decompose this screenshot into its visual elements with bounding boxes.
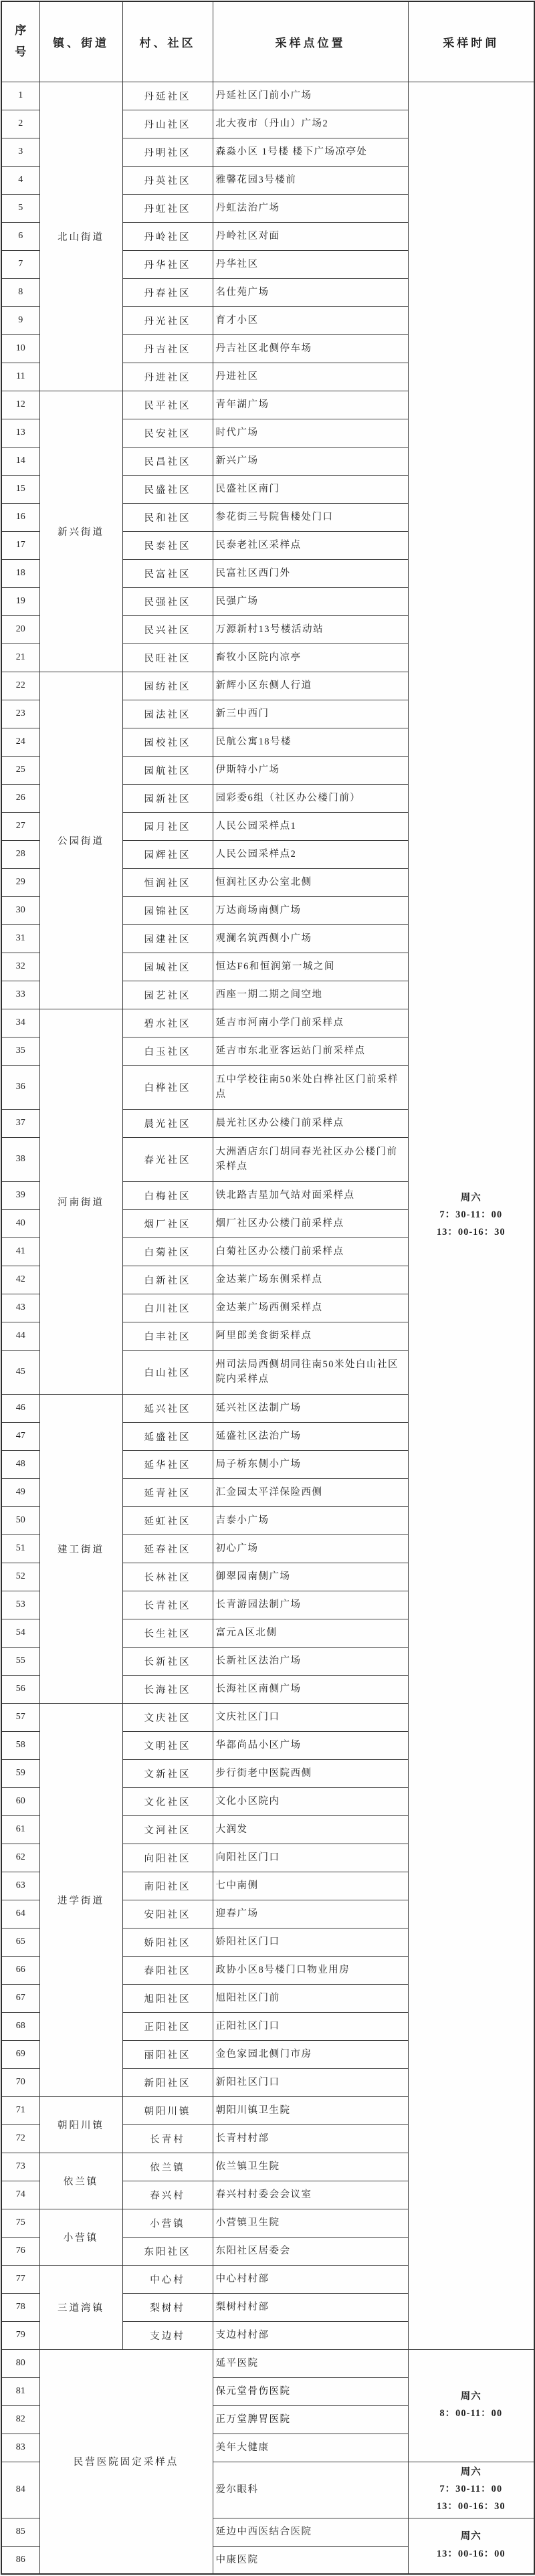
village-community-cell: 丹英社区 [122, 166, 213, 194]
row-number-cell: 77 [1, 2265, 39, 2293]
village-community-cell: 文新社区 [122, 1759, 213, 1787]
sampling-location-cell: 正万堂脾胃医院 [213, 2405, 408, 2434]
village-community-cell: 长林社区 [122, 1563, 213, 1591]
village-community-cell: 延华社区 [122, 1450, 213, 1478]
header-cell-sampling-location: 采样点位置 [213, 1, 408, 82]
town-street-cell: 公园街道 [39, 672, 122, 1009]
sampling-location-cell: 丹进社区 [213, 363, 408, 391]
village-community-cell: 春光社区 [122, 1137, 213, 1181]
village-community-cell: 园建社区 [122, 924, 213, 953]
table-row: 1北山街道丹延社区丹延社区门前小广场周六7：30-11：0013：00-16：3… [1, 82, 534, 110]
row-number-cell: 81 [1, 2377, 39, 2405]
town-street-cell: 北山街道 [39, 82, 122, 391]
row-number-cell: 33 [1, 981, 39, 1009]
row-number-cell: 61 [1, 1815, 39, 1844]
sampling-location-cell: 长青游园法制广场 [213, 1591, 408, 1619]
village-community-cell: 园纺社区 [122, 672, 213, 700]
village-community-cell: 园艺社区 [122, 981, 213, 1009]
sampling-time-cell: 周六13：00-16：00 [408, 2518, 534, 2574]
town-street-cell: 新兴街道 [39, 391, 122, 672]
row-number-cell: 64 [1, 1900, 39, 1928]
row-number-cell: 83 [1, 2434, 39, 2462]
sampling-location-cell: 中心村村部 [213, 2265, 408, 2293]
village-community-cell: 旭阳社区 [122, 1984, 213, 2012]
village-community-cell: 恒润社区 [122, 868, 213, 896]
row-number-cell: 65 [1, 1928, 39, 1956]
row-number-cell: 10 [1, 334, 39, 363]
row-number-cell: 56 [1, 1675, 39, 1703]
sampling-location-cell: 新辉小区东侧人行道 [213, 672, 408, 700]
row-number-cell: 28 [1, 840, 39, 868]
village-community-cell: 民昌社区 [122, 447, 213, 475]
header-row: 序号 镇、街道 村、社区 采样点位置 采样时间 [1, 1, 534, 82]
sampling-location-cell: 金色家园北侧门市房 [213, 2040, 408, 2068]
sampling-location-cell: 万源新村13号楼活动站 [213, 615, 408, 643]
row-number-cell: 62 [1, 1844, 39, 1872]
sampling-location-cell: 局子桥东侧小广场 [213, 1450, 408, 1478]
row-number-cell: 74 [1, 2181, 39, 2209]
sampling-location-cell: 长青村村部 [213, 2124, 408, 2153]
sampling-location-cell: 雅馨花园3号楼前 [213, 166, 408, 194]
row-number-cell: 60 [1, 1787, 39, 1815]
row-number-cell: 54 [1, 1619, 39, 1647]
village-community-cell: 向阳社区 [122, 1844, 213, 1872]
header-cell-village-community: 村、社区 [122, 1, 213, 82]
sampling-location-cell: 御翠园南侧广场 [213, 1563, 408, 1591]
sampling-location-cell: 白菊社区办公楼门前采样点 [213, 1237, 408, 1266]
sampling-location-cell: 恒达F6和恒润第一城之间 [213, 953, 408, 981]
sampling-location-cell: 中康医院 [213, 2546, 408, 2574]
sampling-location-cell: 保元堂骨伤医院 [213, 2377, 408, 2405]
sampling-location-cell: 观澜名筑西侧小广场 [213, 924, 408, 953]
village-community-cell: 丽阳社区 [122, 2040, 213, 2068]
village-community-cell: 南阳社区 [122, 1872, 213, 1900]
sampling-location-cell: 支边村村部 [213, 2321, 408, 2349]
sampling-location-cell: 迎春广场 [213, 1900, 408, 1928]
village-community-cell: 梨树村 [122, 2293, 213, 2321]
row-number-cell: 14 [1, 447, 39, 475]
row-number-cell: 38 [1, 1137, 39, 1181]
village-community-cell: 丹华社区 [122, 250, 213, 278]
sampling-location-cell: 民富社区西门外 [213, 559, 408, 587]
sampling-time-line: 周六 [411, 2464, 532, 2481]
sampling-location-cell: 畜牧小区院内凉亭 [213, 643, 408, 672]
row-number-cell: 55 [1, 1647, 39, 1675]
sampling-location-cell: 人民公园采样点1 [213, 812, 408, 840]
village-community-cell: 文明社区 [122, 1731, 213, 1759]
town-street-cell: 建工街道 [39, 1394, 122, 1703]
row-number-cell: 35 [1, 1037, 39, 1065]
sampling-location-cell: 青年湖广场 [213, 391, 408, 419]
sampling-location-cell: 烟厂社区办公楼门前采样点 [213, 1209, 408, 1237]
village-community-cell: 延青社区 [122, 1478, 213, 1506]
sampling-time-line: 13：00-16：00 [411, 2546, 532, 2563]
sampling-time-cell: 周六8：00-11：00 [408, 2349, 534, 2462]
sampling-location-cell: 晨光社区办公楼门前采样点 [213, 1109, 408, 1137]
town-street-cell: 小营镇 [39, 2209, 122, 2265]
village-community-cell: 白山社区 [122, 1350, 213, 1394]
sampling-location-cell: 民强广场 [213, 587, 408, 615]
sampling-location-cell: 丹华社区 [213, 250, 408, 278]
sampling-location-cell: 参花街三号院售楼处门口 [213, 503, 408, 531]
row-number-cell: 4 [1, 166, 39, 194]
village-community-cell: 民安社区 [122, 419, 213, 447]
sampling-location-cell: 大洲酒店东门胡同春光社区办公楼门前采样点 [213, 1137, 408, 1181]
village-community-cell: 丹吉社区 [122, 334, 213, 363]
sampling-location-cell: 丹虹法治广场 [213, 194, 408, 222]
row-number-cell: 79 [1, 2321, 39, 2349]
row-number-cell: 21 [1, 643, 39, 672]
sampling-location-cell: 延吉市河南小学门前采样点 [213, 1009, 408, 1037]
village-community-cell: 晨光社区 [122, 1109, 213, 1137]
row-number-cell: 19 [1, 587, 39, 615]
village-community-cell: 白菊社区 [122, 1237, 213, 1266]
sampling-location-cell: 育才小区 [213, 306, 408, 334]
sampling-location-cell: 伊斯特小广场 [213, 756, 408, 784]
sampling-time-line: 7：30-11：00 [411, 1207, 532, 1223]
sampling-location-cell: 延边中西医结合医院 [213, 2518, 408, 2546]
sampling-location-cell: 铁北路吉星加气站对面采样点 [213, 1181, 408, 1209]
sampling-location-cell: 万达商场南侧广场 [213, 896, 408, 924]
sampling-location-cell: 丹岭社区对面 [213, 222, 408, 250]
row-number-cell: 1 [1, 82, 39, 110]
village-community-cell: 园法社区 [122, 700, 213, 728]
sampling-location-cell: 华都尚品小区广场 [213, 1731, 408, 1759]
village-community-cell: 丹山社区 [122, 110, 213, 138]
village-community-cell: 丹延社区 [122, 82, 213, 110]
village-community-cell: 民富社区 [122, 559, 213, 587]
row-number-cell: 12 [1, 391, 39, 419]
village-community-cell: 春兴村 [122, 2181, 213, 2209]
village-community-cell: 延兴社区 [122, 1394, 213, 1422]
row-number-cell: 13 [1, 419, 39, 447]
row-number-cell: 57 [1, 1703, 39, 1731]
sampling-location-cell: 向阳社区门口 [213, 1844, 408, 1872]
sampling-time-line: 13：00-16：30 [411, 2498, 532, 2515]
village-community-cell: 长海社区 [122, 1675, 213, 1703]
village-community-cell: 延盛社区 [122, 1422, 213, 1450]
row-number-cell: 52 [1, 1563, 39, 1591]
sampling-location-cell: 依兰镇卫生院 [213, 2153, 408, 2181]
row-number-cell: 70 [1, 2068, 39, 2096]
village-community-cell: 民兴社区 [122, 615, 213, 643]
row-number-cell: 48 [1, 1450, 39, 1478]
town-street-cell: 三道湾镇 [39, 2265, 122, 2349]
village-community-cell: 园航社区 [122, 756, 213, 784]
row-number-cell: 9 [1, 306, 39, 334]
row-number-cell: 46 [1, 1394, 39, 1422]
village-community-cell: 碧水社区 [122, 1009, 213, 1037]
village-community-cell: 朝阳川镇 [122, 2096, 213, 2124]
village-community-cell: 丹春社区 [122, 278, 213, 306]
header-cell-sampling-time: 采样时间 [408, 1, 534, 82]
sampling-time-line: 7：30-11：00 [411, 2481, 532, 2498]
sampling-location-cell: 长新社区法治广场 [213, 1647, 408, 1675]
village-community-cell: 园月社区 [122, 812, 213, 840]
sampling-location-cell: 汇金园太平洋保险西侧 [213, 1478, 408, 1506]
sampling-location-cell: 文庆社区门口 [213, 1703, 408, 1731]
row-number-cell: 85 [1, 2518, 39, 2546]
village-community-cell: 新阳社区 [122, 2068, 213, 2096]
sampling-location-cell: 政协小区8号楼门口物业用房 [213, 1956, 408, 1984]
village-community-cell: 安阳社区 [122, 1900, 213, 1928]
village-community-cell: 白桦社区 [122, 1065, 213, 1109]
village-community-cell: 园辉社区 [122, 840, 213, 868]
group-label-cell: 民营医院固定采样点 [39, 2349, 213, 2574]
row-number-cell: 8 [1, 278, 39, 306]
sampling-time-cell: 周六7：30-11：0013：00-16：30 [408, 2462, 534, 2518]
sampling-location-cell: 丹延社区门前小广场 [213, 82, 408, 110]
row-number-cell: 66 [1, 1956, 39, 1984]
row-number-cell: 39 [1, 1181, 39, 1209]
row-number-cell: 69 [1, 2040, 39, 2068]
village-community-cell: 白新社区 [122, 1266, 213, 1294]
row-number-cell: 7 [1, 250, 39, 278]
sampling-location-cell: 爱尔眼科 [213, 2462, 408, 2518]
sampling-location-cell: 朝阳川镇卫生院 [213, 2096, 408, 2124]
sampling-location-cell: 美年大健康 [213, 2434, 408, 2462]
row-number-cell: 29 [1, 868, 39, 896]
sampling-location-cell: 文化小区院内 [213, 1787, 408, 1815]
row-number-cell: 82 [1, 2405, 39, 2434]
village-community-cell: 民泰社区 [122, 531, 213, 559]
sampling-points-table: 序号 镇、街道 村、社区 采样点位置 采样时间 1北山街道丹延社区丹延社区门前小… [1, 1, 535, 2575]
sampling-location-cell: 州司法局西侧胡同往南50米处白山社区院内采样点 [213, 1350, 408, 1394]
sampling-location-cell: 园彩委6组（社区办公楼门前） [213, 784, 408, 812]
sampling-time-cell: 周六7：30-11：0013：00-16：30 [408, 82, 534, 2349]
village-community-cell: 春阳社区 [122, 1956, 213, 1984]
row-number-cell: 75 [1, 2209, 39, 2237]
row-number-cell: 41 [1, 1237, 39, 1266]
sampling-location-cell: 北大夜市（丹山）广场2 [213, 110, 408, 138]
row-number-cell: 25 [1, 756, 39, 784]
sampling-location-cell: 丹吉社区北侧停车场 [213, 334, 408, 363]
sampling-location-cell: 西座一期二期之间空地 [213, 981, 408, 1009]
row-number-cell: 18 [1, 559, 39, 587]
row-number-cell: 86 [1, 2546, 39, 2574]
sampling-location-cell: 新阳社区门口 [213, 2068, 408, 2096]
row-number-cell: 59 [1, 1759, 39, 1787]
row-number-cell: 16 [1, 503, 39, 531]
sampling-location-cell: 吉泰小广场 [213, 1506, 408, 1534]
sampling-location-cell: 民盛社区南门 [213, 475, 408, 503]
sampling-time-line: 13：00-16：30 [411, 1224, 532, 1241]
row-number-cell: 2 [1, 110, 39, 138]
sampling-location-cell: 阿里郎美食街采样点 [213, 1322, 408, 1350]
village-community-cell: 园新社区 [122, 784, 213, 812]
sampling-time-line: 8：00-11：00 [411, 2405, 532, 2422]
row-number-cell: 76 [1, 2237, 39, 2265]
sampling-location-cell: 金达莱广场东侧采样点 [213, 1266, 408, 1294]
town-street-cell: 依兰镇 [39, 2153, 122, 2209]
row-number-cell: 72 [1, 2124, 39, 2153]
row-number-cell: 37 [1, 1109, 39, 1137]
row-number-cell: 3 [1, 138, 39, 166]
row-number-cell: 27 [1, 812, 39, 840]
sampling-location-cell: 春兴村村委会会议室 [213, 2181, 408, 2209]
village-community-cell: 丹光社区 [122, 306, 213, 334]
village-community-cell: 丹虹社区 [122, 194, 213, 222]
row-number-cell: 68 [1, 2012, 39, 2040]
row-number-cell: 78 [1, 2293, 39, 2321]
village-community-cell: 长青村 [122, 2124, 213, 2153]
row-number-cell: 34 [1, 1009, 39, 1037]
row-number-cell: 71 [1, 2096, 39, 2124]
sampling-location-cell: 人民公园采样点2 [213, 840, 408, 868]
row-number-cell: 11 [1, 363, 39, 391]
sampling-time-line: 周六 [411, 2389, 532, 2405]
row-number-cell: 73 [1, 2153, 39, 2181]
sampling-table-body: 1北山街道丹延社区丹延社区门前小广场周六7：30-11：0013：00-16：3… [1, 82, 534, 2574]
row-number-cell: 67 [1, 1984, 39, 2012]
sampling-location-cell: 新兴广场 [213, 447, 408, 475]
table-header: 序号 镇、街道 村、社区 采样点位置 采样时间 [1, 1, 534, 82]
village-community-cell: 支边村 [122, 2321, 213, 2349]
village-community-cell: 白川社区 [122, 1294, 213, 1322]
village-community-cell: 延春社区 [122, 1534, 213, 1563]
village-community-cell: 东阳社区 [122, 2237, 213, 2265]
row-number-cell: 6 [1, 222, 39, 250]
row-number-cell: 20 [1, 615, 39, 643]
sampling-location-cell: 富元A区北侧 [213, 1619, 408, 1647]
village-community-cell: 园锦社区 [122, 896, 213, 924]
row-number-cell: 84 [1, 2462, 39, 2518]
village-community-cell: 白玉社区 [122, 1037, 213, 1065]
table-row: 80民营医院固定采样点延平医院周六8：00-11：00 [1, 2349, 534, 2377]
sampling-location-cell: 步行街老中医院西侧 [213, 1759, 408, 1787]
sampling-location-cell: 梨树村村部 [213, 2293, 408, 2321]
village-community-cell: 长新社区 [122, 1647, 213, 1675]
sampling-location-cell: 金达莱广场西侧采样点 [213, 1294, 408, 1322]
row-number-cell: 50 [1, 1506, 39, 1534]
sampling-location-cell: 小营镇卫生院 [213, 2209, 408, 2237]
sampling-time-line: 周六 [411, 1190, 532, 1207]
village-community-cell: 丹明社区 [122, 138, 213, 166]
village-community-cell: 文庆社区 [122, 1703, 213, 1731]
town-street-cell: 进学街道 [39, 1703, 122, 2096]
sampling-location-cell: 延吉市东北亚客运站门前采样点 [213, 1037, 408, 1065]
row-number-cell: 15 [1, 475, 39, 503]
header-cell-index: 序号 [1, 1, 39, 82]
row-number-cell: 23 [1, 700, 39, 728]
village-community-cell: 民和社区 [122, 503, 213, 531]
sampling-location-cell: 民航公寓18号楼 [213, 728, 408, 756]
row-number-cell: 80 [1, 2349, 39, 2377]
row-number-cell: 42 [1, 1266, 39, 1294]
row-number-cell: 36 [1, 1065, 39, 1109]
row-number-cell: 63 [1, 1872, 39, 1900]
row-number-cell: 22 [1, 672, 39, 700]
sampling-location-cell: 旭阳社区门前 [213, 1984, 408, 2012]
village-community-cell: 文河社区 [122, 1815, 213, 1844]
sampling-location-cell: 新三中西门 [213, 700, 408, 728]
row-number-cell: 26 [1, 784, 39, 812]
village-community-cell: 正阳社区 [122, 2012, 213, 2040]
row-number-cell: 17 [1, 531, 39, 559]
village-community-cell: 延虹社区 [122, 1506, 213, 1534]
town-street-cell: 朝阳川镇 [39, 2096, 122, 2153]
sampling-location-cell: 五中学校往南50米处白桦社区门前采样点 [213, 1065, 408, 1109]
village-community-cell: 园城社区 [122, 953, 213, 981]
row-number-cell: 44 [1, 1322, 39, 1350]
row-number-cell: 30 [1, 896, 39, 924]
village-community-cell: 小营镇 [122, 2209, 213, 2237]
sampling-location-cell: 娇阳社区门口 [213, 1928, 408, 1956]
sampling-location-cell: 延平医院 [213, 2349, 408, 2377]
sampling-location-cell: 延兴社区法制广场 [213, 1394, 408, 1422]
sampling-time-line: 周六 [411, 2529, 532, 2545]
sampling-location-cell: 长海社区南侧广场 [213, 1675, 408, 1703]
sampling-location-cell: 东阳社区居委会 [213, 2237, 408, 2265]
sampling-location-cell: 名仕苑广场 [213, 278, 408, 306]
row-number-cell: 47 [1, 1422, 39, 1450]
sampling-location-cell: 初心广场 [213, 1534, 408, 1563]
row-number-cell: 24 [1, 728, 39, 756]
village-community-cell: 长青社区 [122, 1591, 213, 1619]
row-number-cell: 49 [1, 1478, 39, 1506]
sampling-location-cell: 民泰老社区采样点 [213, 531, 408, 559]
village-community-cell: 依兰镇 [122, 2153, 213, 2181]
row-number-cell: 53 [1, 1591, 39, 1619]
sampling-location-cell: 森淼小区 1号楼 楼下广场凉亭处 [213, 138, 408, 166]
sampling-location-cell: 正阳社区门口 [213, 2012, 408, 2040]
sampling-location-cell: 延盛社区法治广场 [213, 1422, 408, 1450]
village-community-cell: 中心村 [122, 2265, 213, 2293]
sampling-points-table-page: 序号 镇、街道 村、社区 采样点位置 采样时间 1北山街道丹延社区丹延社区门前小… [0, 0, 535, 2576]
sampling-location-cell: 时代广场 [213, 419, 408, 447]
village-community-cell: 民强社区 [122, 587, 213, 615]
row-number-cell: 51 [1, 1534, 39, 1563]
village-community-cell: 丹岭社区 [122, 222, 213, 250]
village-community-cell: 娇阳社区 [122, 1928, 213, 1956]
header-cell-town-street: 镇、街道 [39, 1, 122, 82]
village-community-cell: 烟厂社区 [122, 1209, 213, 1237]
row-number-cell: 58 [1, 1731, 39, 1759]
row-number-cell: 5 [1, 194, 39, 222]
sampling-location-cell: 大润发 [213, 1815, 408, 1844]
row-number-cell: 40 [1, 1209, 39, 1237]
row-number-cell: 31 [1, 924, 39, 953]
village-community-cell: 丹进社区 [122, 363, 213, 391]
village-community-cell: 文化社区 [122, 1787, 213, 1815]
village-community-cell: 民旺社区 [122, 643, 213, 672]
village-community-cell: 民盛社区 [122, 475, 213, 503]
village-community-cell: 白梅社区 [122, 1181, 213, 1209]
village-community-cell: 白丰社区 [122, 1322, 213, 1350]
row-number-cell: 45 [1, 1350, 39, 1394]
village-community-cell: 民平社区 [122, 391, 213, 419]
row-number-cell: 43 [1, 1294, 39, 1322]
village-community-cell: 园校社区 [122, 728, 213, 756]
sampling-location-cell: 恒润社区办公室北侧 [213, 868, 408, 896]
sampling-location-cell: 七中南侧 [213, 1872, 408, 1900]
row-number-cell: 32 [1, 953, 39, 981]
town-street-cell: 河南街道 [39, 1009, 122, 1394]
village-community-cell: 长生社区 [122, 1619, 213, 1647]
